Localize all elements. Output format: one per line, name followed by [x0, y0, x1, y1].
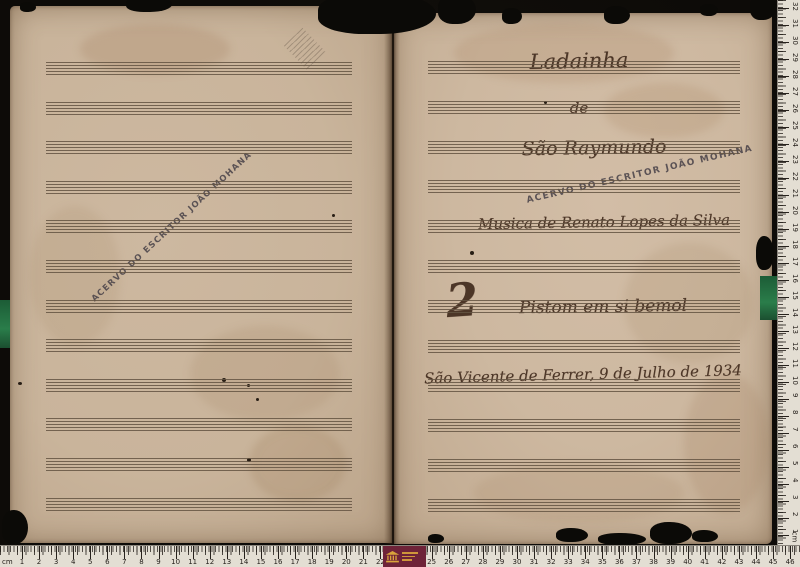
ruler-number: 12 — [203, 558, 217, 566]
paper-damage — [502, 8, 522, 24]
music-staff — [428, 459, 740, 472]
music-staff — [46, 141, 352, 154]
ink-speck — [18, 382, 22, 385]
ruler-tick — [778, 399, 789, 400]
ruler-tick — [778, 178, 789, 179]
ruler-number: 15 — [791, 291, 799, 303]
ruler-number: 25 — [425, 558, 439, 566]
ruler-number: 26 — [791, 104, 799, 116]
ruler-number: 19 — [791, 223, 799, 235]
ruler-number: 4 — [791, 478, 799, 490]
music-staff — [46, 102, 352, 115]
ruler-tick — [778, 263, 789, 264]
bottom-ruler: cm 1234567891011121314151617181920212223… — [0, 545, 800, 567]
ruler-number: 6 — [791, 444, 799, 456]
ruler-number: 32 — [544, 558, 558, 566]
ruler-number: 36 — [612, 558, 626, 566]
ruler-number: 2 — [32, 558, 46, 566]
ruler-number: 13 — [791, 325, 799, 337]
ruler-number: 7 — [791, 427, 799, 439]
ruler-number: 11 — [791, 359, 799, 371]
ruler-number: 30 — [791, 36, 799, 48]
ruler-number: 20 — [791, 206, 799, 218]
ruler-number: 28 — [791, 70, 799, 82]
ruler-number: 19 — [322, 558, 336, 566]
music-staff — [428, 260, 740, 273]
ruler-number: 23 — [791, 155, 799, 167]
music-staff — [428, 220, 740, 233]
music-staff — [46, 260, 352, 273]
ruler-number: 16 — [271, 558, 285, 566]
ruler-number: 21 — [356, 558, 370, 566]
ruler-number: 31 — [791, 19, 799, 31]
ruler-number: 8 — [791, 410, 799, 422]
ruler-number: 33 — [561, 558, 575, 566]
ruler-number: 9 — [791, 393, 799, 405]
ruler-number: 12 — [791, 342, 799, 354]
ruler-number: 28 — [476, 558, 490, 566]
ruler-unit-label: cm — [2, 558, 13, 566]
logo-text-lines — [402, 552, 418, 561]
ruler-tick — [778, 416, 789, 417]
music-staff — [46, 379, 352, 392]
ruler-tick — [778, 297, 789, 298]
ruler-number: 17 — [791, 257, 799, 269]
ruler-tick — [778, 127, 789, 128]
music-staff — [46, 181, 352, 194]
ruler-tick — [778, 314, 789, 315]
music-staff — [428, 499, 740, 512]
green-backing — [760, 276, 777, 320]
ruler-tick — [778, 76, 789, 77]
ruler-tick — [778, 365, 789, 366]
ruler-number: 7 — [117, 558, 131, 566]
ruler-tick — [778, 110, 789, 111]
ruler-number: 24 — [791, 138, 799, 150]
ruler-number: 29 — [493, 558, 507, 566]
institution-logo — [383, 546, 426, 567]
right-ruler: 1234567891011121314151617181920212223242… — [777, 0, 800, 545]
ruler-number: 4 — [66, 558, 80, 566]
ruler-number: 11 — [186, 558, 200, 566]
ruler-number: 5 — [83, 558, 97, 566]
ruler-tick — [778, 501, 789, 502]
ruler-number: 29 — [791, 53, 799, 65]
ruler-number: 13 — [220, 558, 234, 566]
ruler-number: 16 — [791, 274, 799, 286]
ruler-number: 45 — [766, 558, 780, 566]
ruler-tick — [778, 93, 789, 94]
music-staff — [46, 220, 352, 233]
ruler-number: 14 — [791, 308, 799, 320]
ruler-unit-label: cm — [790, 532, 798, 543]
music-staff — [46, 300, 352, 313]
ruler-tick — [778, 535, 789, 536]
paper-damage — [650, 522, 692, 544]
paper-stain — [474, 463, 684, 523]
ruler-tick — [778, 331, 789, 332]
ruler-number: 30 — [510, 558, 524, 566]
ruler-tick — [778, 212, 789, 213]
ruler-number: 10 — [169, 558, 183, 566]
ruler-tick — [778, 25, 789, 26]
manuscript-scan: ACERVO DO ESCRITOR JOÃO MOHANA Ladainha … — [0, 0, 800, 567]
ruler-tick — [778, 467, 789, 468]
ruler-number: 15 — [254, 558, 268, 566]
music-staff — [428, 180, 740, 193]
ruler-number: 9 — [152, 558, 166, 566]
music-staff — [46, 418, 352, 431]
ruler-number: 39 — [664, 558, 678, 566]
ruler-tick — [778, 42, 789, 43]
ruler-tick — [778, 280, 789, 281]
ruler-number: 3 — [49, 558, 63, 566]
music-staff — [46, 62, 352, 75]
ruler-number: 44 — [749, 558, 763, 566]
ruler-number: 31 — [527, 558, 541, 566]
paper-damage — [428, 534, 444, 543]
ruler-number: 17 — [288, 558, 302, 566]
ruler-number: 8 — [134, 558, 148, 566]
ruler-number: 14 — [237, 558, 251, 566]
ruler-number: 41 — [698, 558, 712, 566]
paper-damage — [20, 2, 36, 12]
page-gutter — [384, 5, 400, 544]
ink-speck — [470, 251, 474, 255]
ruler-number: 6 — [100, 558, 114, 566]
paper-damage — [2, 510, 28, 544]
ruler-tick — [778, 484, 789, 485]
ruler-number: 46 — [783, 558, 797, 566]
ruler-number: 21 — [791, 189, 799, 201]
ruler-tick — [778, 59, 789, 60]
ruler-tick — [778, 144, 789, 145]
ruler-tick — [778, 433, 789, 434]
music-staff — [46, 458, 352, 471]
ruler-number: 42 — [715, 558, 729, 566]
ruler-number: 5 — [791, 461, 799, 473]
paper-damage — [750, 0, 776, 20]
music-staff — [428, 379, 740, 392]
music-staff — [428, 340, 740, 353]
music-staff — [428, 419, 740, 432]
ruler-tick — [778, 450, 789, 451]
ruler-number: 35 — [595, 558, 609, 566]
ruler-number: 1 — [15, 558, 29, 566]
ruler-number: 20 — [339, 558, 353, 566]
ruler-tick — [778, 161, 789, 162]
ruler-number: 25 — [791, 121, 799, 133]
institution-building-icon — [385, 550, 400, 564]
paper-damage — [700, 4, 718, 16]
paper-stain — [684, 373, 769, 513]
ruler-number: 27 — [791, 87, 799, 99]
green-backing — [0, 300, 10, 348]
ruler-tick — [778, 348, 789, 349]
ruler-tick — [778, 518, 789, 519]
ruler-tick — [778, 195, 789, 196]
ruler-number: 32 — [791, 2, 799, 14]
ruler-number: 10 — [791, 376, 799, 388]
ink-speck — [256, 398, 259, 401]
paper-damage — [692, 530, 718, 542]
manuscript-left-page: ACERVO DO ESCRITOR JOÃO MOHANA — [10, 6, 392, 543]
ruler-number: 37 — [629, 558, 643, 566]
music-staff — [428, 141, 740, 154]
ruler-tick — [778, 382, 789, 383]
ruler-number: 3 — [791, 495, 799, 507]
ruler-number: 18 — [305, 558, 319, 566]
manuscript-right-page: Ladainha de São Raymundo ACERVO DO ESCRI… — [394, 13, 772, 544]
ruler-number: 34 — [578, 558, 592, 566]
ruler-number: 38 — [647, 558, 661, 566]
music-staff — [46, 339, 352, 352]
music-staff — [428, 61, 740, 74]
paper-damage — [756, 236, 774, 270]
ruler-number: 26 — [442, 558, 456, 566]
paper-damage — [604, 6, 630, 24]
ruler-number: 18 — [791, 240, 799, 252]
music-staff — [428, 101, 740, 114]
ruler-number: 22 — [791, 172, 799, 184]
ruler-number: 27 — [459, 558, 473, 566]
paper-damage — [556, 528, 588, 542]
ink-speck — [332, 214, 335, 217]
music-staff — [46, 498, 352, 511]
music-staff — [428, 300, 740, 313]
ruler-number: 40 — [681, 558, 695, 566]
paper-damage — [598, 533, 646, 545]
ruler-tick — [778, 246, 789, 247]
ruler-number: 43 — [732, 558, 746, 566]
ruler-number: 2 — [791, 512, 799, 524]
ruler-tick — [778, 229, 789, 230]
ruler-tick — [778, 8, 789, 9]
